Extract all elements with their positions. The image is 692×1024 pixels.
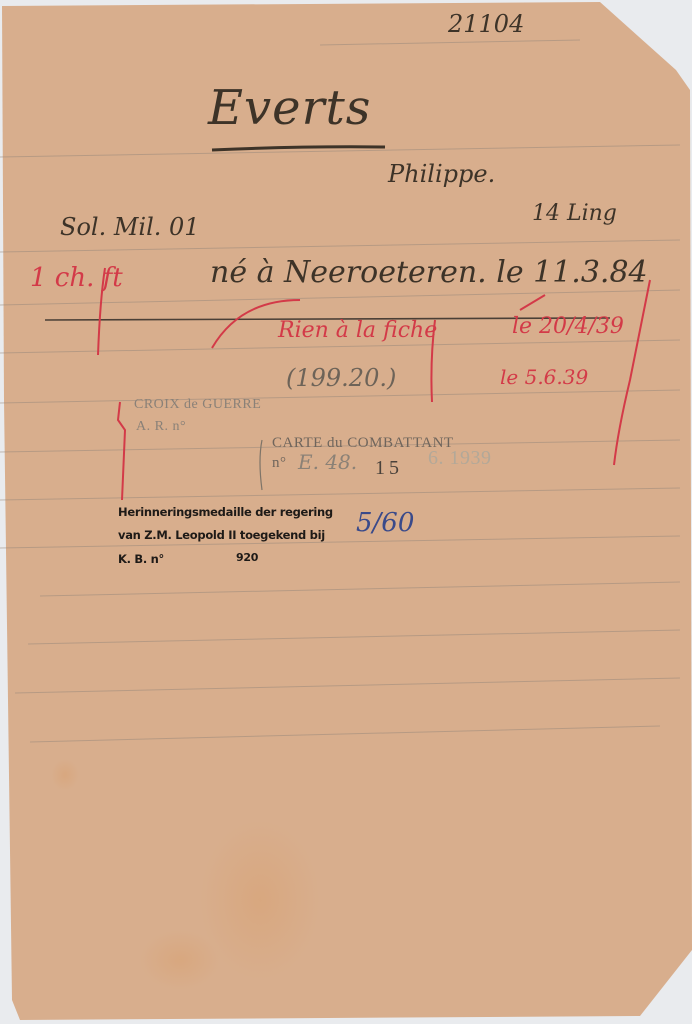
stamp-carte-number-prefix: n° [272,456,287,471]
red-note-no-record: Rien à la fiche [278,320,437,342]
stamp-medal-kb-prefix: K. B. n° [118,554,164,566]
file-number: 21104 [448,12,524,36]
red-note-date-1: le 20/4/39 [512,316,624,338]
surname: Everts [208,84,371,132]
given-name: Philippe. [388,162,495,186]
medal-reference: 5/60 [356,510,414,536]
index-card: 21104 Everts Philippe. Sol. Mil. 01 14 L… [0,0,692,1024]
stamp-carte-title: CARTE du COMBATTANT [272,436,454,451]
stamp-croix-line1: CROIX de GUERRE [134,398,261,412]
stamp-medal-line1: Herinneringsmedaille der regering [118,507,333,519]
class: 14 Ling [532,203,617,225]
stamp-carte-month-year: 6. 1939 [428,448,492,468]
stamp-carte-day: 15 [375,458,403,478]
pencil-note: (199.20.) [286,366,396,390]
birthplace: né à Neeroeteren. le 11.3.84 [210,258,648,288]
stamp-carte-number: E. 48. [298,452,357,472]
stamp-croix-line2: A. R. n° [136,420,186,434]
red-note-date-2: le 5.6.39 [500,367,588,387]
unit: Sol. Mil. 01 [60,215,200,239]
rank-note: 1 ch. ft [30,265,123,291]
card-paper [0,0,692,1024]
stamp-medal-kb-number: 920 [236,552,258,563]
stamp-medal-line2: van Z.M. Leopold II toegekend bij [118,530,325,542]
